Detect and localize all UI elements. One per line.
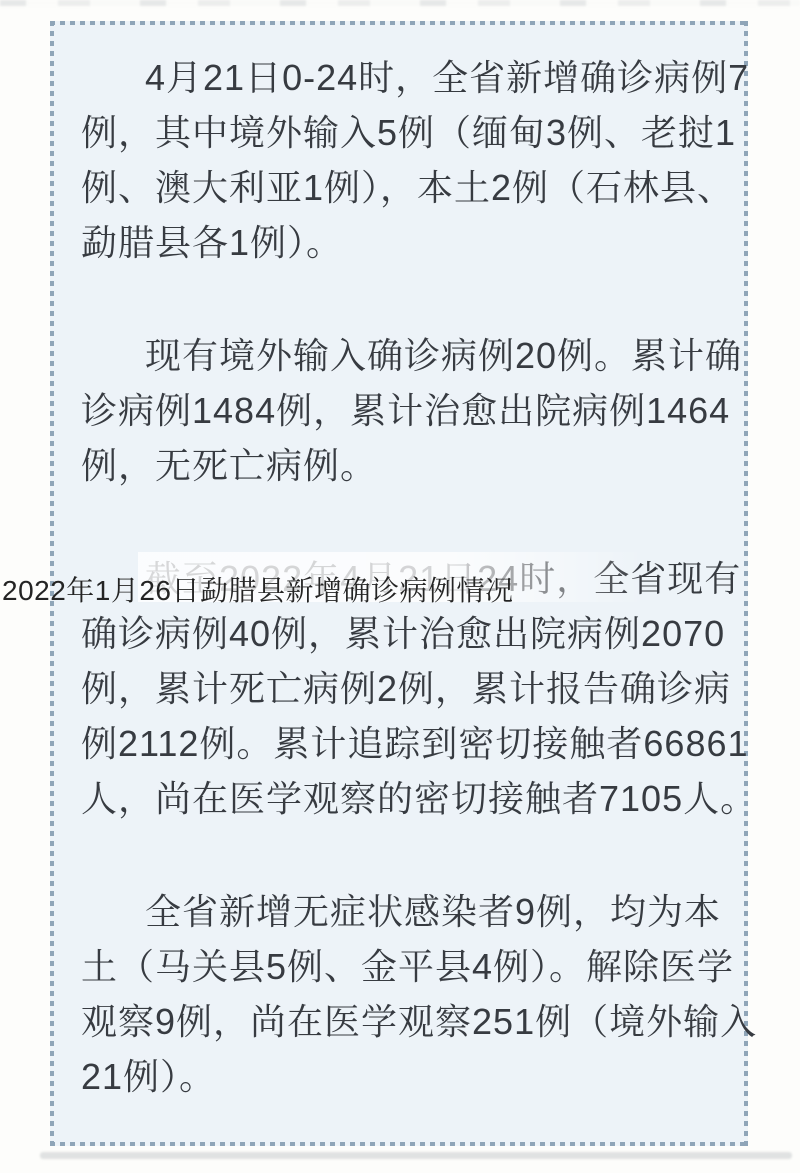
report-paragraph-new-confirmed: 4月21日0-24时，全省新增确诊病例7 例，其中境外输入5例（缅甸3例、老挝1… [81, 50, 728, 270]
report-paragraph-asymptomatic: 全省新增无症状感染者9例，均为本 土（马关县5例、金平县4例）。解除医学 观察9… [81, 884, 728, 1104]
page: 4月21日0-24时，全省新增确诊病例7 例，其中境外输入5例（缅甸3例、老挝1… [0, 0, 800, 1173]
report-paragraph-imported-cumulative: 现有境外输入确诊病例20例。累计确 诊病例1484例，累计治愈出院病例1464 … [81, 328, 728, 493]
bottom-edge-artifact [40, 1152, 792, 1159]
top-edge-artifact [0, 0, 800, 6]
watermark-title: 2022年1月26日勐腊县新增确诊病例情况 [2, 574, 514, 608]
